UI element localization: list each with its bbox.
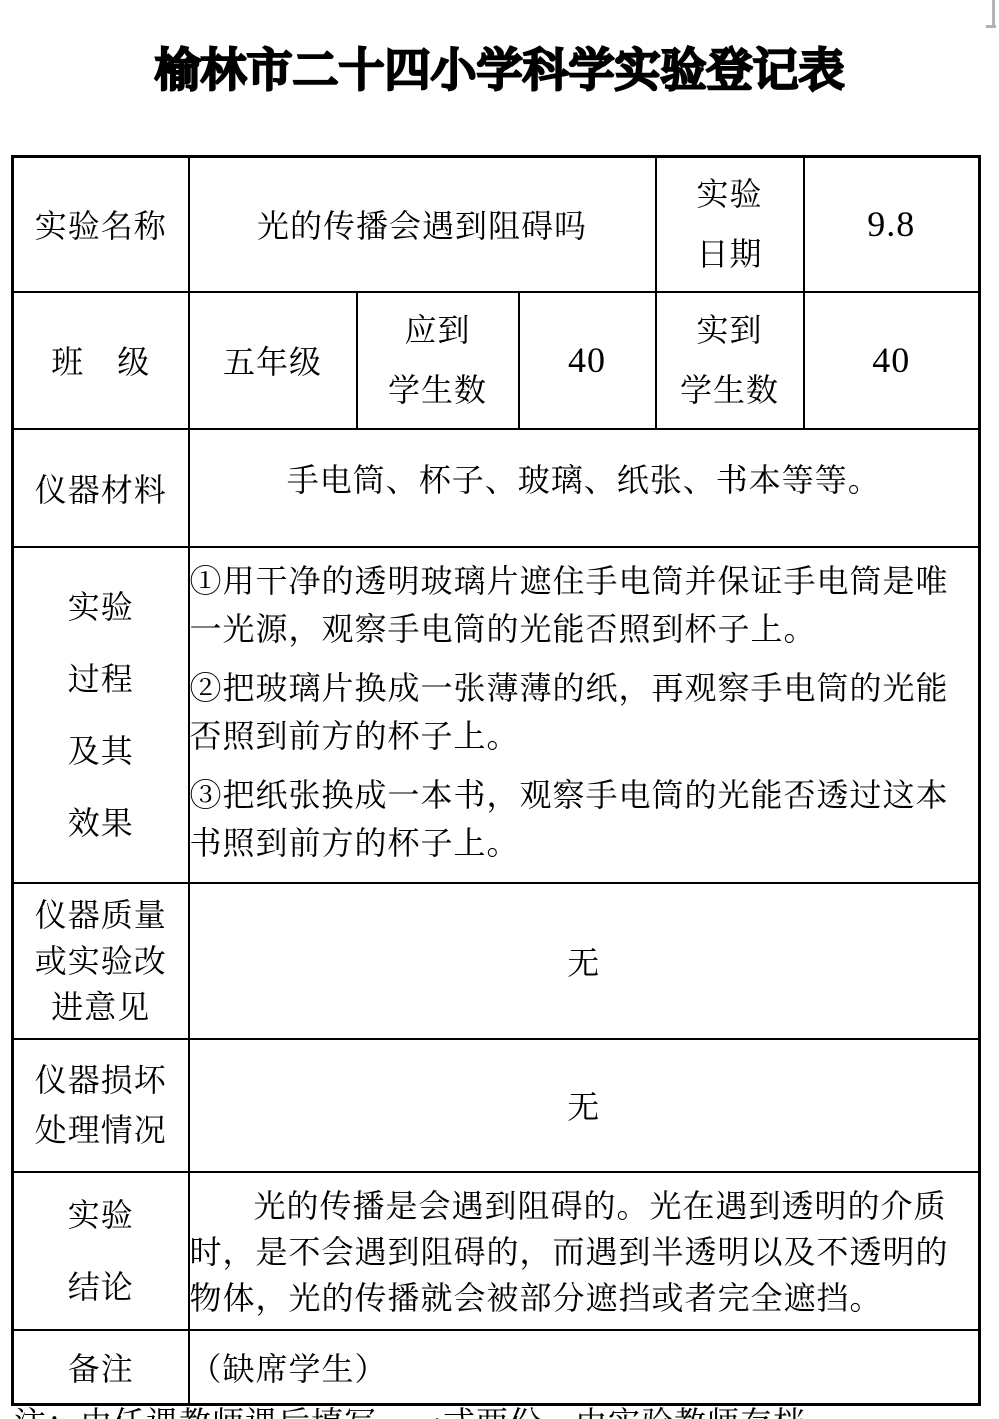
- damage-label-line1: 仪器损坏: [35, 1063, 167, 1097]
- scrollbar-fragment-horizontal[interactable]: [986, 25, 996, 28]
- actual-students-label: 实到 学生数: [656, 292, 804, 429]
- materials-value: 手电筒、杯子、玻璃、纸张、书本等等。: [189, 429, 980, 547]
- process-label-line4: 效果: [68, 806, 134, 840]
- experiment-registration-table: 实验名称 光的传播会遇到阻碍吗 实验 日期 9.8 班 级 五年级 应到 学生数…: [11, 155, 981, 1406]
- clipped-footer-note: 注：由任课教师课后填写，一式两份，由实验教师存档。: [14, 1407, 989, 1419]
- process-step-3: ③把纸张换成一本书，观察手电筒的光能否透过这本书照到前方的杯子上。: [190, 771, 979, 867]
- process-label-line3: 及其: [68, 734, 134, 768]
- expected-students-label: 应到 学生数: [357, 292, 519, 429]
- row-process: 实验 过程 及其 效果 ①用干净的透明玻璃片遮住手电筒并保证手电筒是唯一光源，观…: [13, 547, 980, 883]
- conclusion-label: 实验 结论: [13, 1172, 189, 1330]
- expected-students-label-line1: 应到: [404, 313, 470, 347]
- row-damage: 仪器损坏 处理情况 无: [13, 1039, 980, 1172]
- row-materials: 仪器材料 手电筒、杯子、玻璃、纸张、书本等等。: [13, 429, 980, 547]
- actual-students-label-line1: 实到: [696, 313, 762, 347]
- actual-students-value: 40: [804, 292, 980, 429]
- quality-label-line1: 仪器质量: [35, 898, 167, 932]
- class-value: 五年级: [189, 292, 357, 429]
- quality-label-line3: 进意见: [51, 990, 150, 1024]
- page-title: 榆林市二十四小学科学实验登记表: [0, 34, 999, 100]
- conclusion-label-line2: 结论: [68, 1270, 134, 1304]
- experiment-date-label-line1: 实验: [696, 177, 762, 211]
- remarks-label: 备注: [13, 1330, 189, 1405]
- conclusion-text: 光的传播是会遇到阻碍的。光在遇到透明的介质时，是不会遇到阻碍的，而遇到半透明以及…: [190, 1183, 979, 1321]
- damage-value: 无: [189, 1039, 980, 1172]
- experiment-date-value: 9.8: [804, 157, 980, 292]
- damage-label-line2: 处理情况: [35, 1113, 167, 1147]
- row-remarks: 备注 （缺席学生）: [13, 1330, 980, 1405]
- actual-students-label-line2: 学生数: [680, 373, 779, 407]
- expected-students-value: 40: [519, 292, 656, 429]
- process-label-line2: 过程: [68, 662, 134, 696]
- row-class: 班 级 五年级 应到 学生数 40 实到 学生数 40: [13, 292, 980, 429]
- quality-label-line2: 或实验改: [35, 944, 167, 978]
- materials-label: 仪器材料: [13, 429, 189, 547]
- experiment-name-label: 实验名称: [13, 157, 189, 292]
- row-experiment-name: 实验名称 光的传播会遇到阻碍吗 实验 日期 9.8: [13, 157, 980, 292]
- process-step-1: ①用干净的透明玻璃片遮住手电筒并保证手电筒是唯一光源，观察手电筒的光能否照到杯子…: [190, 557, 979, 653]
- process-label-line1: 实验: [68, 590, 134, 624]
- document-page: 榆林市二十四小学科学实验登记表 实验名称 光的传播会遇到阻碍吗 实验 日期 9.…: [0, 0, 999, 1419]
- scrollbar-fragment-vertical[interactable]: [992, 0, 995, 25]
- quality-label: 仪器质量 或实验改 进意见: [13, 883, 189, 1039]
- class-label: 班 级: [13, 292, 189, 429]
- conclusion-value: 光的传播是会遇到阻碍的。光在遇到透明的介质时，是不会遇到阻碍的，而遇到半透明以及…: [189, 1172, 980, 1330]
- quality-value: 无: [189, 883, 980, 1039]
- process-value: ①用干净的透明玻璃片遮住手电筒并保证手电筒是唯一光源，观察手电筒的光能否照到杯子…: [189, 547, 980, 883]
- conclusion-label-line1: 实验: [68, 1198, 134, 1232]
- experiment-date-label-line2: 日期: [696, 237, 762, 271]
- expected-students-label-line2: 学生数: [388, 373, 487, 407]
- damage-label: 仪器损坏 处理情况: [13, 1039, 189, 1172]
- row-conclusion: 实验 结论 光的传播是会遇到阻碍的。光在遇到透明的介质时，是不会遇到阻碍的，而遇…: [13, 1172, 980, 1330]
- process-step-2: ②把玻璃片换成一张薄薄的纸，再观察手电筒的光能否照到前方的杯子上。: [190, 664, 979, 760]
- experiment-name-value: 光的传播会遇到阻碍吗: [189, 157, 656, 292]
- process-label: 实验 过程 及其 效果: [13, 547, 189, 883]
- row-quality: 仪器质量 或实验改 进意见 无: [13, 883, 980, 1039]
- remarks-value: （缺席学生）: [189, 1330, 980, 1405]
- experiment-date-label: 实验 日期: [656, 157, 804, 292]
